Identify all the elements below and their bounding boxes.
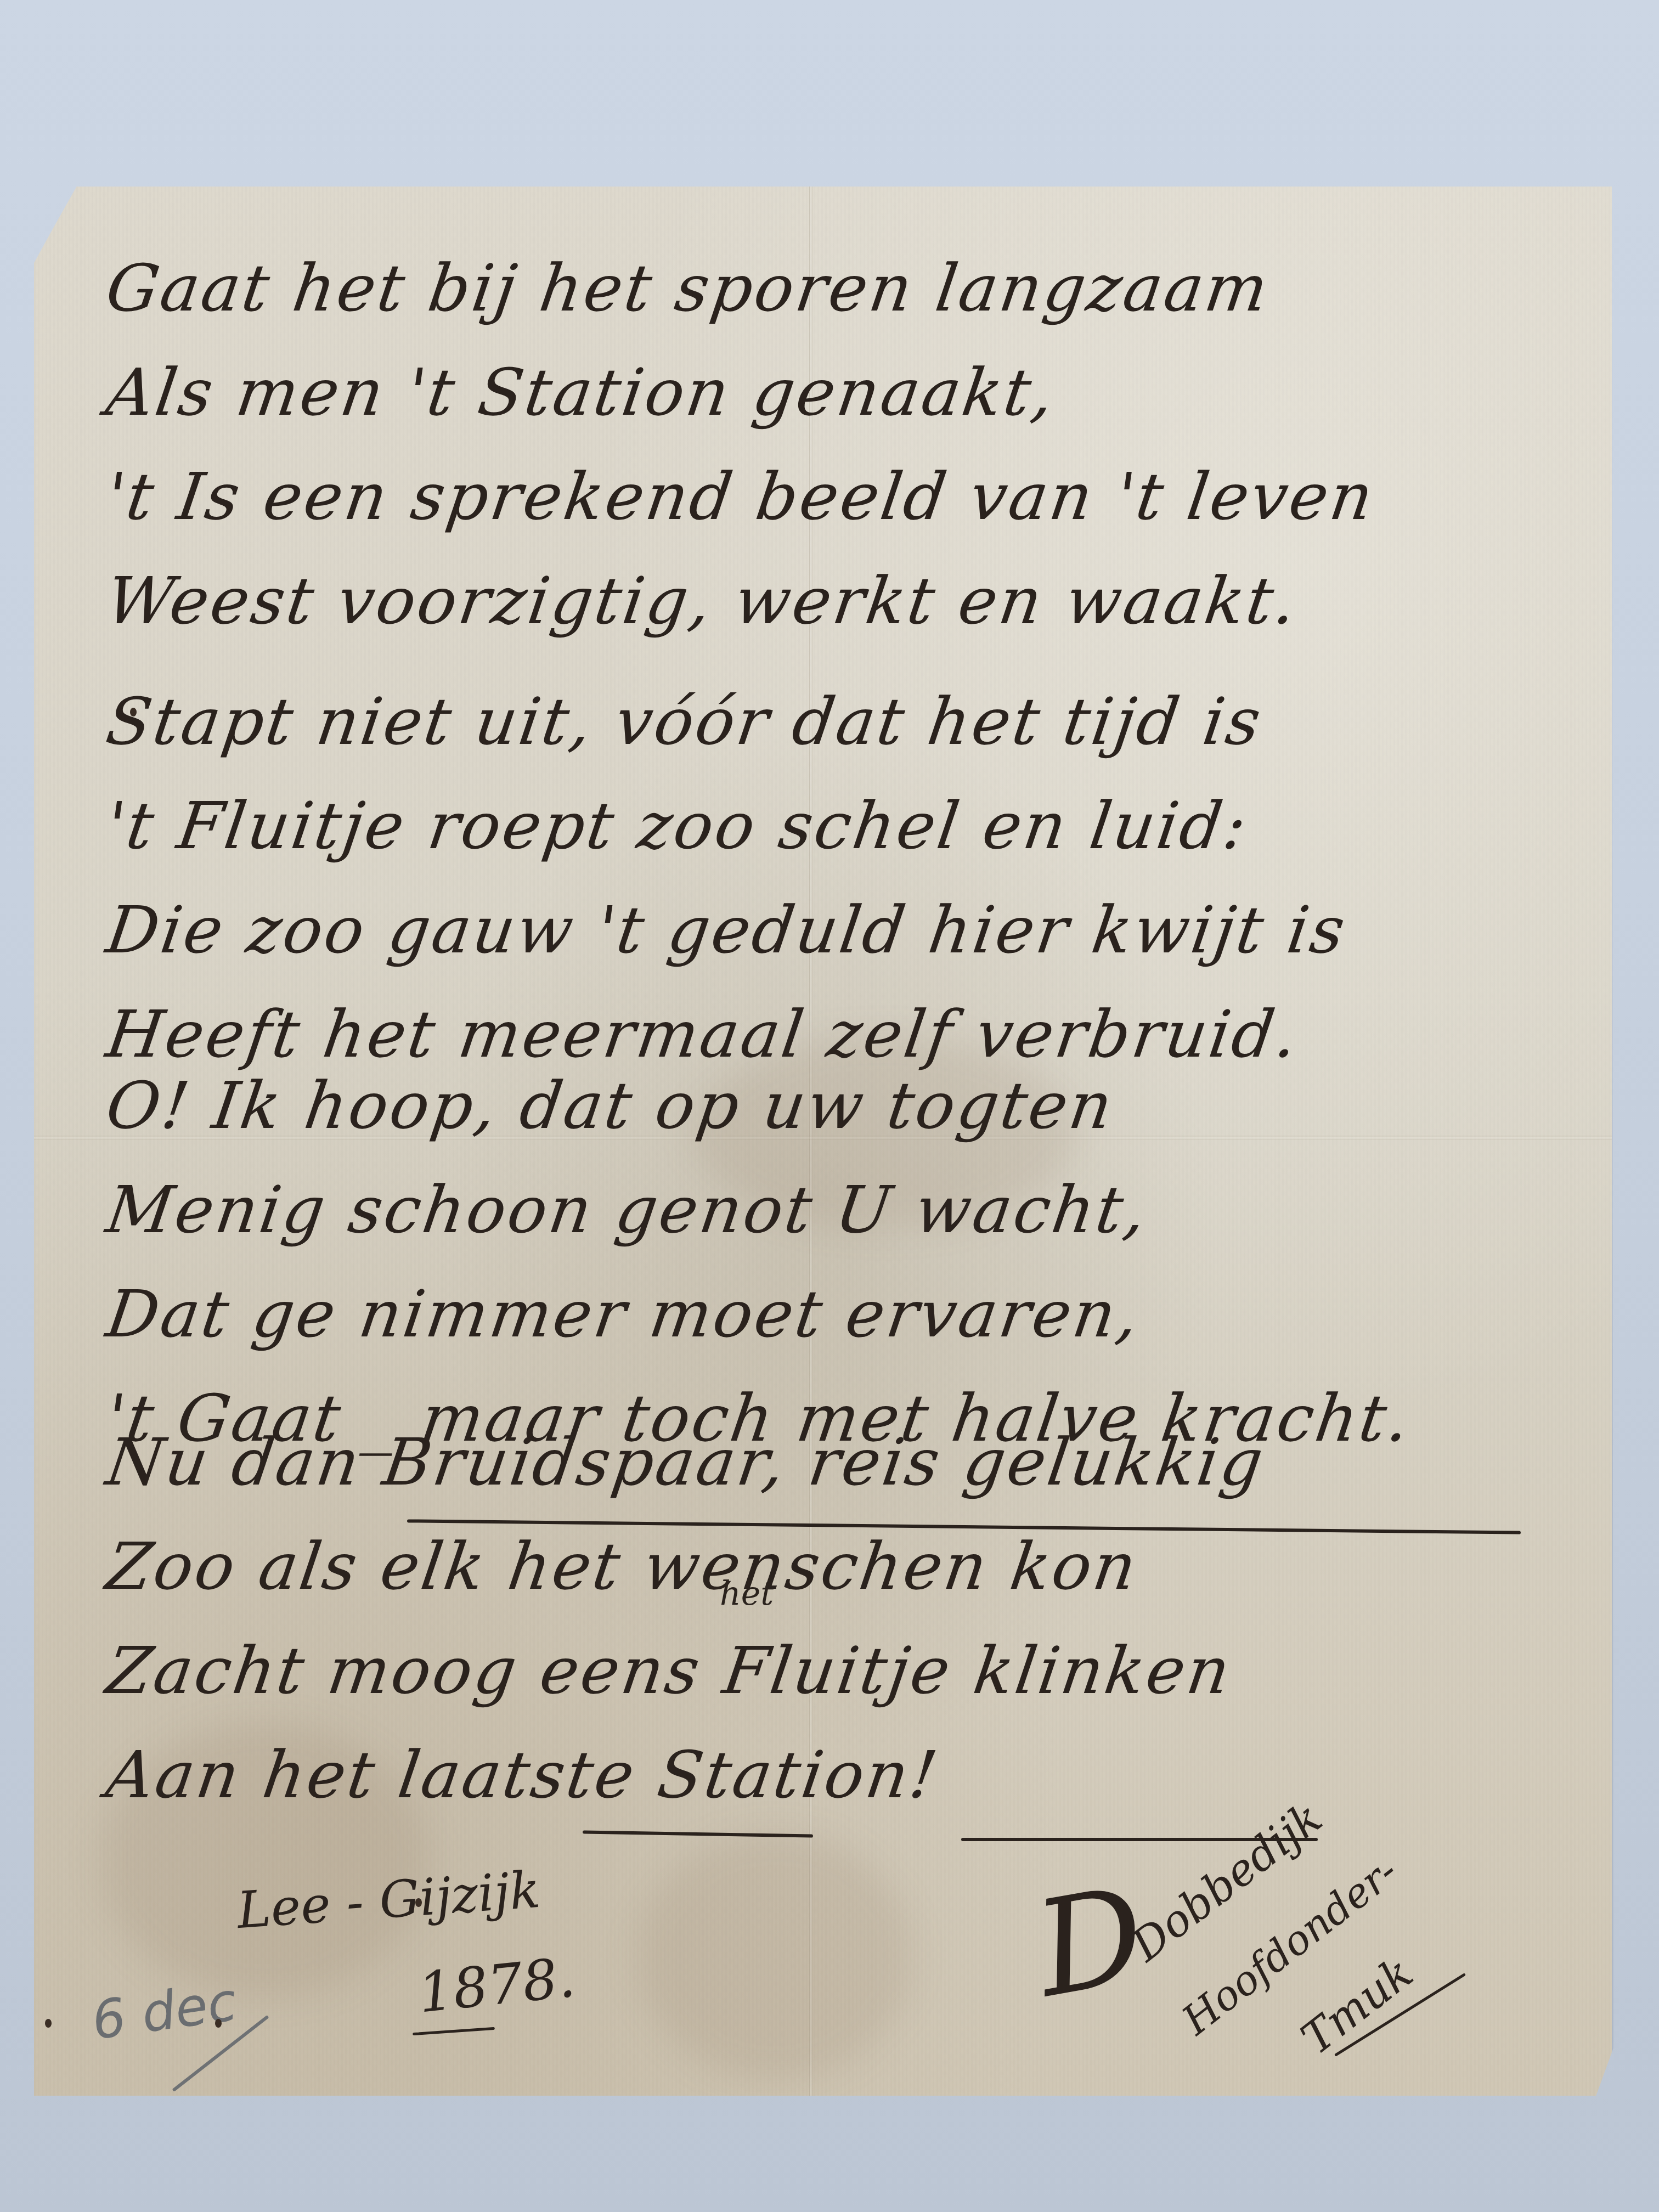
- poem-line: 't Is een sprekend beeld van 't leven: [100, 444, 1596, 549]
- stanza-3: O! Ik hoop, dat op uw togten Menig schoo…: [100, 1053, 1581, 1470]
- poem-line: Stapt niet uit, vóór dat het tijd is: [100, 669, 1596, 774]
- poem-line: Gaat het bij het sporen langzaam: [100, 236, 1596, 340]
- poem-line: Nu dan Bruidspaar, reis gelukkig: [100, 1410, 1596, 1514]
- stanza-2: Stapt niet uit, vóór dat het tijd is 't …: [100, 669, 1581, 1086]
- poem-line: Die zoo gauw 't geduld hier kwijt is: [100, 878, 1596, 982]
- signature-line-3: Tmuk: [1292, 1947, 1423, 2064]
- ink-dot: [130, 708, 137, 716]
- poem-line: Zoo als elk het wenschen kon: [100, 1514, 1596, 1618]
- ink-dot: [415, 1898, 422, 1907]
- ink-dot: [215, 2019, 222, 2028]
- stanza-4: Nu dan Bruidspaar, reis gelukkig Zoo als…: [100, 1410, 1581, 1827]
- poem-line: Zacht moog eens Fluitje klinken: [100, 1618, 1596, 1723]
- underline-laatste: [583, 1830, 813, 1837]
- poem-line: Dat ge nimmer moet ervaren,: [100, 1262, 1596, 1366]
- signature: D Dobbedijk Hoofdonder- Tmuk: [1016, 1788, 1565, 2063]
- poem-line: 't Fluitje roept zoo schel en luid:: [100, 774, 1596, 878]
- poem-line: Menig schoon genot U wacht,: [100, 1158, 1596, 1262]
- poem-line: Weest voorzigtig, werkt en waakt.: [100, 549, 1596, 653]
- inserted-word: het: [720, 1575, 774, 1613]
- poem-line: O! Ik hoop, dat op uw togten: [100, 1053, 1596, 1158]
- letter-paper: Gaat het bij het sporen langzaam Als men…: [34, 187, 1612, 2096]
- ink-dot: [45, 2019, 52, 2028]
- stanza-1: Gaat het bij het sporen langzaam Als men…: [100, 236, 1581, 653]
- poem-line: Als men 't Station genaakt,: [100, 340, 1596, 444]
